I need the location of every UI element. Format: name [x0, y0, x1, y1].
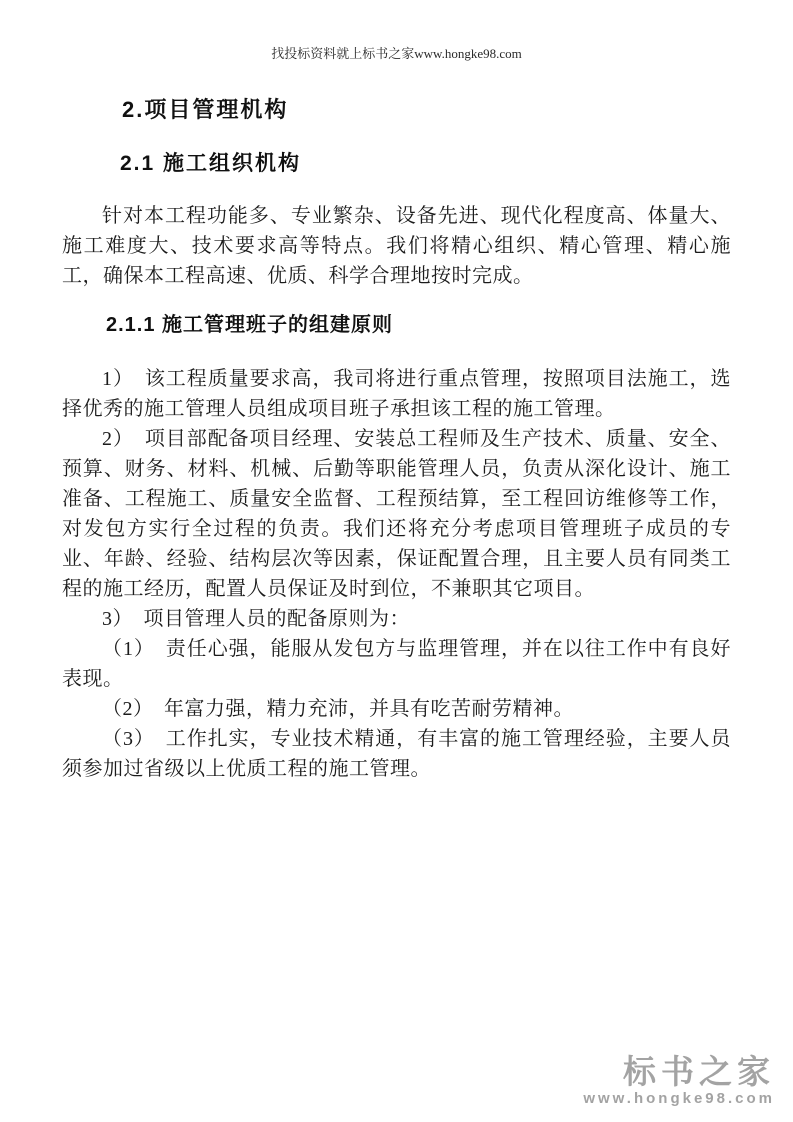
watermark-logo: 标书之家 [583, 1055, 775, 1089]
document-page: 找投标资料就上标书之家www.hongke98.com 2.项目管理机构 2.1… [0, 0, 793, 1122]
paragraph-item-3: 3） 项目管理人员的配备原则为： [62, 604, 731, 634]
paragraph-intro: 针对本工程功能多、专业繁杂、设备先进、现代化程度高、体量大、施工难度大、技术要求… [62, 201, 731, 291]
paragraph-item-2: 2） 项目部配备项目经理、安装总工程师及生产技术、质量、安全、预算、财务、材料、… [62, 424, 731, 604]
header-watermark-text: 找投标资料就上标书之家www.hongke98.com [62, 45, 731, 63]
footer-watermark: 标书之家 www.hongke98.com [583, 1055, 775, 1108]
paragraph-subitem-2: （2） 年富力强，精力充沛，并具有吃苦耐劳精神。 [62, 694, 731, 724]
paragraph-subitem-1: （1） 责任心强，能服从发包方与监理管理，并在以往工作中有良好表现。 [62, 634, 731, 694]
paragraph-subitem-3: （3） 工作扎实，专业技术精通，有丰富的施工管理经验，主要人员须参加过省级以上优… [62, 724, 731, 784]
heading-chapter: 2.项目管理机构 [122, 95, 731, 125]
heading-subsection: 2.1.1 施工管理班子的组建原则 [106, 311, 731, 339]
watermark-url: www.hongke98.com [583, 1090, 775, 1108]
paragraph-item-1: 1） 该工程质量要求高，我司将进行重点管理，按照项目法施工，选择优秀的施工管理人… [62, 364, 731, 424]
heading-section: 2.1 施工组织机构 [120, 149, 731, 179]
